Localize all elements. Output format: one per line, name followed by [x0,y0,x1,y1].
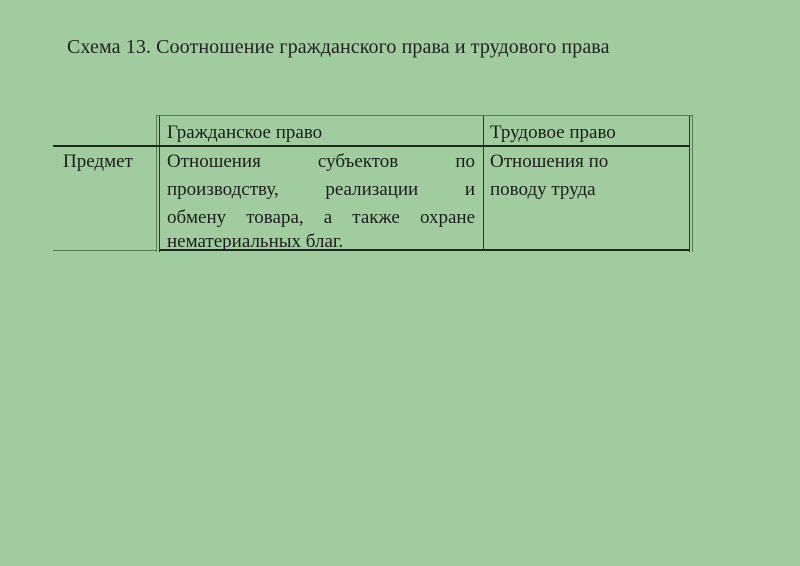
labor-law-line: Отношения по [490,148,608,176]
table-border-top [156,115,693,116]
header-civil-law: Гражданское право [167,119,322,147]
row-label-subject: Предмет [63,148,133,176]
table-border-left-inner [159,116,160,252]
table-border-right-outer [692,116,693,252]
labor-law-line: поводу труда [490,176,596,204]
table-border-right-inner [689,116,690,252]
header-labor-law: Трудовое право [490,119,616,147]
table-border-left-outer [156,116,157,252]
row-label-bottom-border [53,250,157,251]
civil-law-line: Отношения субъектов по [167,148,475,176]
slide-title: Схема 13. Соотношение гражданского права… [67,36,610,59]
civil-law-line: производству, реализации и [167,176,475,204]
table-column-divider [483,116,484,250]
civil-law-line: нематериальных благ. [167,228,343,256]
